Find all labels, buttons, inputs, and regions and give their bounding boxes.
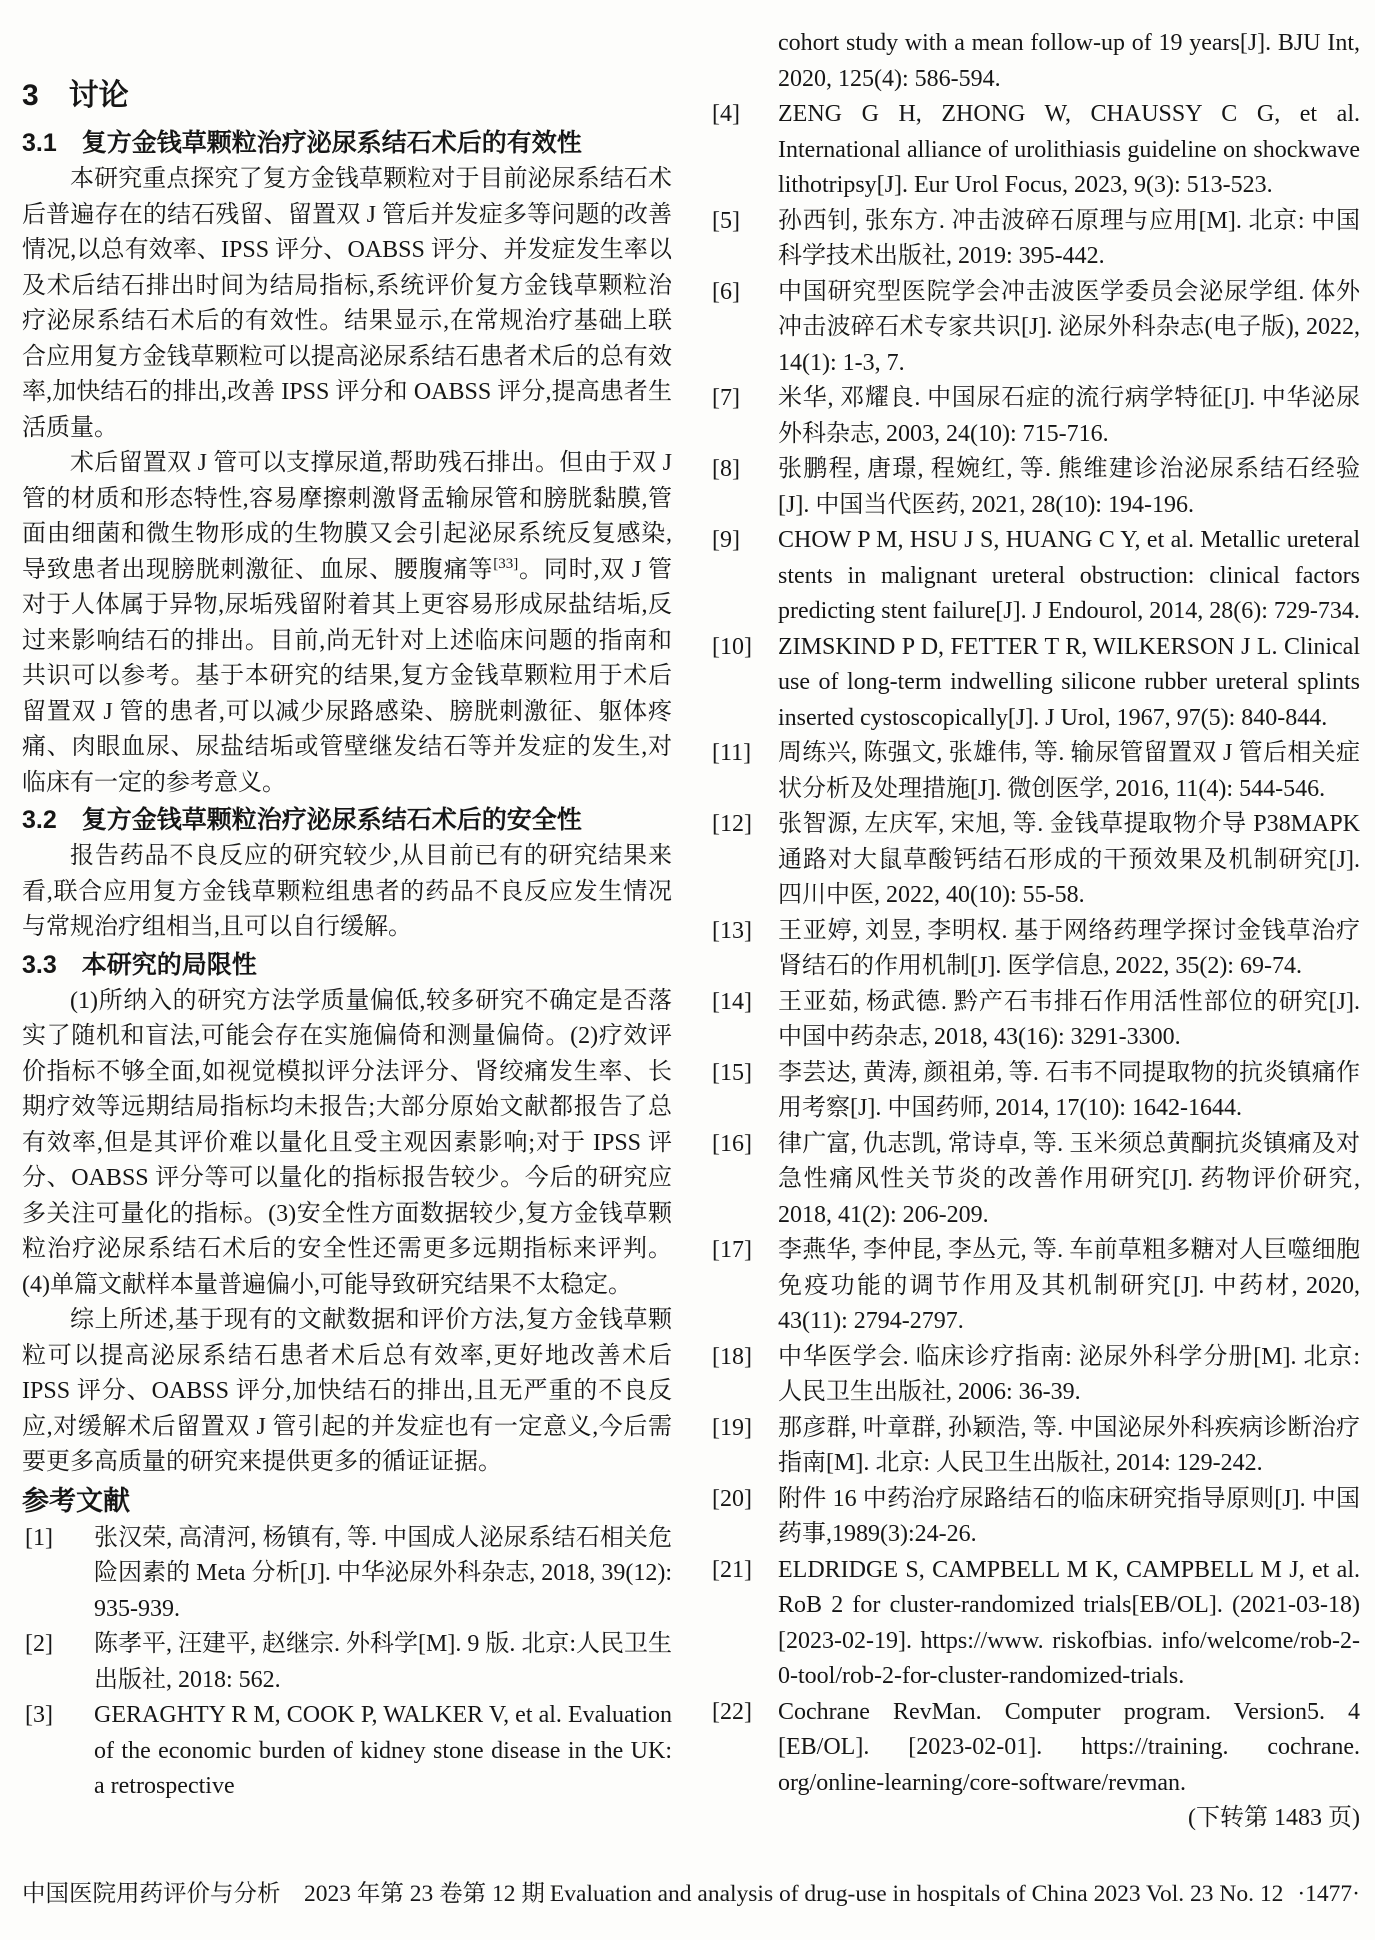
reference-item-14: [14]王亚茹, 杨武德. 黔产石韦排石作用活性部位的研究[J]. 中国中药杂志… — [712, 985, 1360, 1056]
reference-item-16: [16]律广富, 仇志凯, 常诗卓, 等. 玉米须总黄酮抗炎镇痛及对急性痛风性关… — [712, 1127, 1360, 1234]
reference-text: 张鹏程, 唐璟, 程婉红, 等. 熊维建诊治泌尿系结石经验[J]. 中国当代医药… — [778, 456, 1360, 518]
reference-text: 律广富, 仇志凯, 常诗卓, 等. 玉米须总黄酮抗炎镇痛及对急性痛风性关节炎的改… — [778, 1131, 1360, 1228]
page-footer: 中国医院用药评价与分析 2023 年第 23 卷第 12 期 Evaluatio… — [22, 1878, 1360, 1910]
reference-item-6: [6]中国研究型医院学会冲击波医学委员会泌尿学组. 体外冲击波碎石术专家共识[J… — [712, 275, 1360, 382]
reference-label: [18] — [712, 1340, 752, 1376]
section-3-2-heading: 3.2 复方金钱草颗粒治疗泌尿系结石术后的安全性 — [22, 801, 672, 839]
reference-label: [11] — [712, 736, 751, 772]
reference-label: [21] — [712, 1553, 752, 1589]
reference-item-5: [5]孙西钊, 张东方. 冲击波碎石原理与应用[M]. 北京: 中国科学技术出版… — [712, 204, 1360, 275]
reference-text: CHOW P M, HSU J S, HUANG C Y, et al. Met… — [778, 527, 1360, 624]
reference-label: [16] — [712, 1127, 752, 1163]
reference-label: [2] — [25, 1627, 53, 1663]
reference-label: [13] — [712, 914, 752, 950]
reference-item-2: [2]陈孝平, 汪建平, 赵继宗. 外科学[M]. 9 版. 北京:人民卫生出版… — [22, 1627, 672, 1698]
reference-item-20: [20]附件 16 中药治疗尿路结石的临床研究指导原则[J]. 中国药事,198… — [712, 1482, 1360, 1553]
reference-text: 陈孝平, 汪建平, 赵继宗. 外科学[M]. 9 版. 北京:人民卫生出版社, … — [94, 1631, 672, 1693]
reference-item-18: [18]中华医学会. 临床诊疗指南: 泌尿外科学分册[M]. 北京: 人民卫生出… — [712, 1340, 1360, 1411]
footer-journal-citation: Evaluation and analysis of drug-use in h… — [550, 1881, 1283, 1907]
reference-text: ZIMSKIND P D, FETTER T R, WILKERSON J L.… — [778, 634, 1360, 731]
section-3-1-heading: 3.1 复方金钱草颗粒治疗泌尿系结石术后的有效性 — [22, 124, 672, 162]
reference-label: [14] — [712, 985, 752, 1021]
reference-text: 王亚婷, 刘昱, 李明权. 基于网络药理学探讨金钱草治疗肾结石的作用机制[J].… — [778, 918, 1360, 980]
reference-text: ELDRIDGE S, CAMPBELL M K, CAMPBELL M J, … — [778, 1557, 1360, 1690]
reference-item-1: [1]张汉荣, 高清河, 杨镇有, 等. 中国成人泌尿系结石相关危险因素的 Me… — [22, 1521, 672, 1628]
section-3-heading: 3 讨论 — [22, 74, 672, 118]
reference-label: [22] — [712, 1695, 752, 1731]
reference-item-7: [7]米华, 邓耀良. 中国尿石症的流行病学特征[J]. 中华泌尿外科杂志, 2… — [712, 381, 1360, 452]
reference-3-continuation: cohort study with a mean follow-up of 19… — [712, 26, 1360, 97]
reference-text: 张汉荣, 高清河, 杨镇有, 等. 中国成人泌尿系结石相关危险因素的 Meta … — [94, 1525, 672, 1622]
reference-label: [3] — [25, 1698, 53, 1734]
reference-text: 那彦群, 叶章群, 孙颖浩, 等. 中国泌尿外科疾病诊断治疗指南[M]. 北京:… — [778, 1415, 1360, 1477]
reference-text: 中国研究型医院学会冲击波医学委员会泌尿学组. 体外冲击波碎石术专家共识[J]. … — [778, 279, 1360, 376]
section-3-1-paragraph-2: 术后留置双 J 管可以支撑尿道,帮助残石排出。但由于双 J 管的材质和形态特性,… — [22, 446, 672, 801]
reference-text: GERAGHTY R M, COOK P, WALKER V, et al. E… — [94, 1702, 672, 1799]
reference-item-21: [21]ELDRIDGE S, CAMPBELL M K, CAMPBELL M… — [712, 1553, 1360, 1695]
reference-text: 米华, 邓耀良. 中国尿石症的流行病学特征[J]. 中华泌尿外科杂志, 2003… — [778, 385, 1360, 447]
reference-label: [6] — [712, 275, 740, 311]
right-column: cohort study with a mean follow-up of 19… — [712, 26, 1360, 1837]
reference-label: [7] — [712, 381, 740, 417]
reference-text: 张智源, 左庆军, 宋旭, 等. 金钱草提取物介导 P38MAPK 通路对大鼠草… — [778, 811, 1360, 908]
reference-item-4: [4]ZENG G H, ZHONG W, CHAUSSY C G, et al… — [712, 97, 1360, 204]
reference-label: [10] — [712, 630, 752, 666]
section-3-2-paragraph: 报告药品不良反应的研究较少,从目前已有的研究结果来看,联合应用复方金钱草颗粒组患… — [22, 839, 672, 946]
reference-label: [19] — [712, 1411, 752, 1447]
reference-label: [1] — [25, 1521, 53, 1557]
reference-text: Cochrane RevMan. Computer program. Versi… — [778, 1699, 1360, 1796]
reference-item-12: [12]张智源, 左庆军, 宋旭, 等. 金钱草提取物介导 P38MAPK 通路… — [712, 807, 1360, 914]
section-3-3-heading: 3.3 本研究的局限性 — [22, 946, 672, 984]
reference-label: [15] — [712, 1056, 752, 1092]
reference-text: 孙西钊, 张东方. 冲击波碎石原理与应用[M]. 北京: 中国科学技术出版社, … — [778, 208, 1360, 270]
section-3-3-paragraph-1: (1)所纳入的研究方法学质量偏低,较多研究不确定是否落实了随机和盲法,可能会存在… — [22, 984, 672, 1304]
page-number: ·1477· — [1297, 1881, 1360, 1907]
reference-label: [12] — [712, 807, 752, 843]
reference-text: 附件 16 中药治疗尿路结石的临床研究指导原则[J]. 中国药事,1989(3)… — [778, 1486, 1360, 1548]
reference-text: ZENG G H, ZHONG W, CHAUSSY C G, et al. I… — [778, 101, 1360, 198]
citation-superscript: [33] — [493, 556, 518, 572]
reference-item-17: [17]李燕华, 李仲昆, 李丛元, 等. 车前草粗多糖对人巨噬细胞免疫功能的调… — [712, 1233, 1360, 1340]
reference-item-9: [9]CHOW P M, HSU J S, HUANG C Y, et al. … — [712, 523, 1360, 630]
continued-on-page-note: (下转第 1483 页) — [712, 1801, 1360, 1837]
reference-item-10: [10]ZIMSKIND P D, FETTER T R, WILKERSON … — [712, 630, 1360, 737]
reference-item-8: [8]张鹏程, 唐璟, 程婉红, 等. 熊维建诊治泌尿系结石经验[J]. 中国当… — [712, 452, 1360, 523]
section-3-3-paragraph-2: 综上所述,基于现有的文献数据和评价方法,复方金钱草颗粒可以提高泌尿系结石患者术后… — [22, 1303, 672, 1481]
reference-label: [20] — [712, 1482, 752, 1518]
reference-text: 李燕华, 李仲昆, 李丛元, 等. 车前草粗多糖对人巨噬细胞免疫功能的调节作用及… — [778, 1237, 1360, 1334]
left-column: 3 讨论 3.1 复方金钱草颗粒治疗泌尿系结石术后的有效性 本研究重点探究了复方… — [22, 74, 672, 1805]
reference-text: 周练兴, 陈强文, 张雄伟, 等. 输尿管留置双 J 管后相关症状分析及处理措施… — [778, 740, 1360, 802]
reference-label: [9] — [712, 523, 740, 559]
reference-item-19: [19]那彦群, 叶章群, 孙颖浩, 等. 中国泌尿外科疾病诊断治疗指南[M].… — [712, 1411, 1360, 1482]
reference-label: [17] — [712, 1233, 752, 1269]
paragraph-text: 。同时,双 J 管对于人体属于异物,尿垢残留附着其上更容易形成尿盐结垢,反过来影… — [22, 557, 672, 796]
section-3-1-paragraph-1: 本研究重点探究了复方金钱草颗粒对于目前泌尿系结石术后普遍存在的结石残留、留置双 … — [22, 162, 672, 446]
reference-text: 李芸达, 黄涛, 颜祖弟, 等. 石韦不同提取物的抗炎镇痛作用考察[J]. 中国… — [778, 1060, 1360, 1122]
reference-item-22: [22]Cochrane RevMan. Computer program. V… — [712, 1695, 1360, 1802]
reference-item-15: [15]李芸达, 黄涛, 颜祖弟, 等. 石韦不同提取物的抗炎镇痛作用考察[J]… — [712, 1056, 1360, 1127]
reference-item-11: [11]周练兴, 陈强文, 张雄伟, 等. 输尿管留置双 J 管后相关症状分析及… — [712, 736, 1360, 807]
references-heading: 参考文献 — [22, 1481, 672, 1521]
reference-item-13: [13]王亚婷, 刘昱, 李明权. 基于网络药理学探讨金钱草治疗肾结石的作用机制… — [712, 914, 1360, 985]
reference-item-3: [3]GERAGHTY R M, COOK P, WALKER V, et al… — [22, 1698, 672, 1805]
footer-journal-title-cn: 中国医院用药评价与分析 2023 年第 23 卷第 12 期 — [22, 1878, 545, 1910]
reference-label: [5] — [712, 204, 740, 240]
reference-text: 王亚茹, 杨武德. 黔产石韦排石作用活性部位的研究[J]. 中国中药杂志, 20… — [778, 989, 1360, 1051]
reference-text: 中华医学会. 临床诊疗指南: 泌尿外科学分册[M]. 北京: 人民卫生出版社, … — [778, 1344, 1360, 1406]
reference-label: [4] — [712, 97, 740, 133]
reference-label: [8] — [712, 452, 740, 488]
journal-page: 3 讨论 3.1 复方金钱草颗粒治疗泌尿系结石术后的有效性 本研究重点探究了复方… — [0, 0, 1375, 1940]
footer-journal-title-en: Evaluation and analysis of drug-use in h… — [550, 1878, 1360, 1910]
